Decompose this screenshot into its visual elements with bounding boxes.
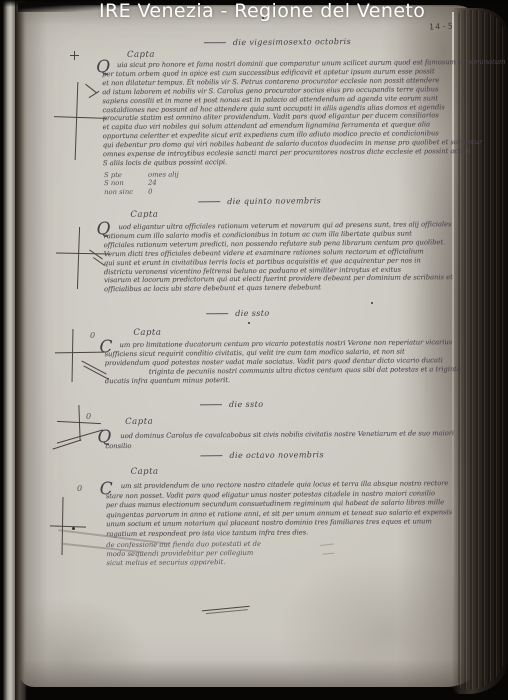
entry-1-body: uia sicut pro honore et fama nostri domi… [102, 58, 469, 168]
date-heading-1: die vigesimosexto octobris [204, 37, 351, 47]
capta-label-1: Capta [127, 50, 155, 60]
margin-plus-mark [74, 51, 75, 60]
watermark-title: IRE Venezia - Regione del Veneto [99, 0, 425, 22]
margin-zero-mark: 0 [90, 331, 95, 340]
entry-2-body: uod eligantur ultra officiales rationum … [103, 220, 470, 294]
capta-label-4: Capta [125, 417, 153, 427]
pencil-mark [320, 543, 334, 546]
heading-dash [198, 201, 220, 202]
capta-label-5: Capta [131, 467, 159, 477]
date-heading-4: die ssto [200, 400, 263, 410]
vote-row: non sinc0 [104, 187, 179, 196]
entry-5-body: um sit providendum de uno rectore nostro… [106, 479, 472, 540]
capta-label-3: Capta [133, 328, 161, 338]
margin-ink-dot [72, 527, 75, 530]
capta-label-2: Capta [130, 210, 158, 220]
heading-dash [200, 455, 222, 456]
ink-speck [371, 302, 373, 304]
heading-dash [204, 42, 226, 43]
entry-3-body: um pro limitatione ducatorum centum pro … [104, 338, 470, 386]
date-heading-2: die quinto novembris [198, 196, 321, 206]
folio-number: 14-5 [429, 22, 455, 32]
heading-dash [200, 404, 222, 405]
entry-5-notes: de confessione aut fienda duo potestati … [106, 540, 261, 569]
heading-dash [206, 313, 228, 314]
margin-zero-mark: 0 [86, 412, 91, 421]
margin-zero-mark: 0 [77, 484, 82, 493]
entry-4-body: uod dominus Carolus de cavalcabobus sit … [105, 428, 471, 451]
ink-speck [248, 322, 250, 324]
pencil-mark [322, 553, 334, 555]
vote-tally: S pteomes alij S non24 non sinc0 [104, 170, 179, 196]
date-heading-3: die ssto [206, 309, 269, 319]
date-heading-5: die octavo novembris [200, 450, 324, 460]
manuscript-photo: 14-5 die vigesimosexto octobris Capta Q … [0, 0, 508, 700]
